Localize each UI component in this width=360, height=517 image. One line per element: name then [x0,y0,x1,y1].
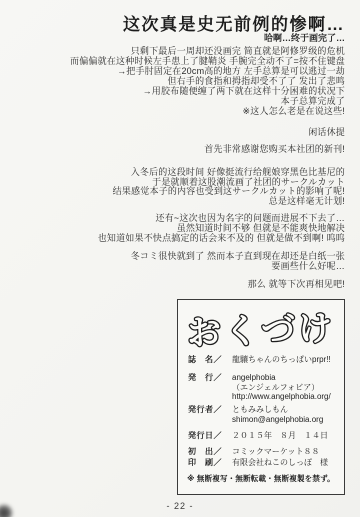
colophon-row-title: 誌 名／ 龍驤ちゃんのちっぱいprpr!! [188,355,338,365]
colophon-value-url: http://www.angelphobia.org/ [232,392,338,402]
afterword-line: 只剩下最后一周却还没画完 简直就是阿修罗级的危机 [8,46,345,56]
afterword-line: 要画些什么好呢… [8,261,345,271]
copyright-notice: ※ 無断複写・無断転載・無断複製を禁ず。 [178,473,344,484]
colophon-heading-art: おくづけ [186,306,336,352]
colophon-row-publisher: 発 行／ angelphobia （エンジェルフォビア） http://www.… [188,373,338,402]
afterword-line: 总是这样毫无计划! [8,197,345,207]
afterword-line: 但右手的食指和拇指却受不了了 发出了悲鸣 [8,76,345,86]
afterword-line: →用胶布随便缠了两下就在这样十分困难的状况下 [8,86,345,96]
colophon-value: （エンジェルフォビア） [232,383,338,393]
afterword-paragraph-4: 冬コミ很快就到了 然而本子直到现在却还是白纸一张 要画些什么好呢… [8,251,345,271]
afterword-line: 还有~这次也因为名字的问题而进展不下去了… [8,213,345,223]
afterword-paragraph-3: 还有~这次也因为名字的问题而进展不下去了… 虽然知道时间不够 但就是不能爽快地解… [8,213,345,243]
colophon-label: 印 刷／ [188,458,232,468]
colophon-heading: おくづけ [186,308,335,352]
colophon-box: おくづけ 誌 名／ 龍驤ちゃんのちっぱいprpr!! 発 行／ angelpho… [177,299,345,495]
afterword-line: ※这人怎么老是在说这些! [8,106,345,116]
afterword-line: 虽然知道时间不够 但就是不能爽快地解决 [8,223,345,233]
colophon-value: コミックマーケット８８ [232,447,338,457]
afterword-closing: 那么 就等下次再相见吧! [8,279,345,289]
colophon-label: 発 行／ [188,373,232,383]
colophon-label: 発行者／ [188,405,232,415]
colophon-value: ともみみしもん [232,405,338,415]
colophon-label: 発行日／ [188,431,232,441]
scanned-afterword-page: 这次真是史无前例的惨啊… 哈啊…终于画完了… 只剩下最后一周却还没画完 简直就是… [0,0,360,517]
afterword-line: 而偏偏就在这种时候左手患上了腱鞘炎 手腕完全动不了=按不住键盘 [8,56,345,66]
colophon-row-debut: 初 出／ コミックマーケット８８ [188,447,338,457]
colophon-value: 有限会社ねこのしっぽ 様 [232,458,338,468]
afterword-paragraph-2: 入冬后的这段时间 好像挺流行给舰娘穿黑色比基尼的 于是就顺着这股潮流画了社团的サ… [8,168,345,206]
afterword-line: 本子总算完成了 [8,96,345,106]
afterword-aside: 闲话休提 [8,127,345,137]
afterword-paragraph-1: 只剩下最后一周却还没画完 简直就是阿修罗级的危机 而偏偏就在这种时候左手患上了腱… [8,46,345,116]
page-number: - 22 - [0,501,360,511]
colophon-label: 誌 名／ [188,355,232,365]
colophon-value: ２０１５年 ８月 １４日 [232,431,338,441]
colophon-row-printer: 印 刷／ 有限会社ねこのしっぽ 様 [188,458,338,468]
afterword-subtitle: 哈啊…终于画完了… [8,31,345,44]
colophon-label: 初 出／ [188,447,232,457]
afterword-thanks: 首先非常感谢您购买本社团的新刊! [8,144,345,154]
afterword-line: 冬コミ很快就到了 然而本子直到现在却还是白纸一张 [8,251,345,261]
colophon-row-date: 発行日／ ２０１５年 ８月 １４日 [188,431,338,441]
colophon-row-author: 発行者／ ともみみしもん shimon@angelphobia.org [188,405,338,424]
colophon-value-email: shimon@angelphobia.org [232,415,338,425]
afterword-line: →把手肘固定在20cm高的地方 左手总算是可以逃过一劫 [8,66,345,76]
afterword-line: 也知道如果不快点搞定的话会来不及的 但就是做不到啊! 呜呜 [8,233,345,243]
colophon-value: 龍驤ちゃんのちっぱいprpr!! [232,355,338,365]
colophon-value: angelphobia [232,373,338,383]
